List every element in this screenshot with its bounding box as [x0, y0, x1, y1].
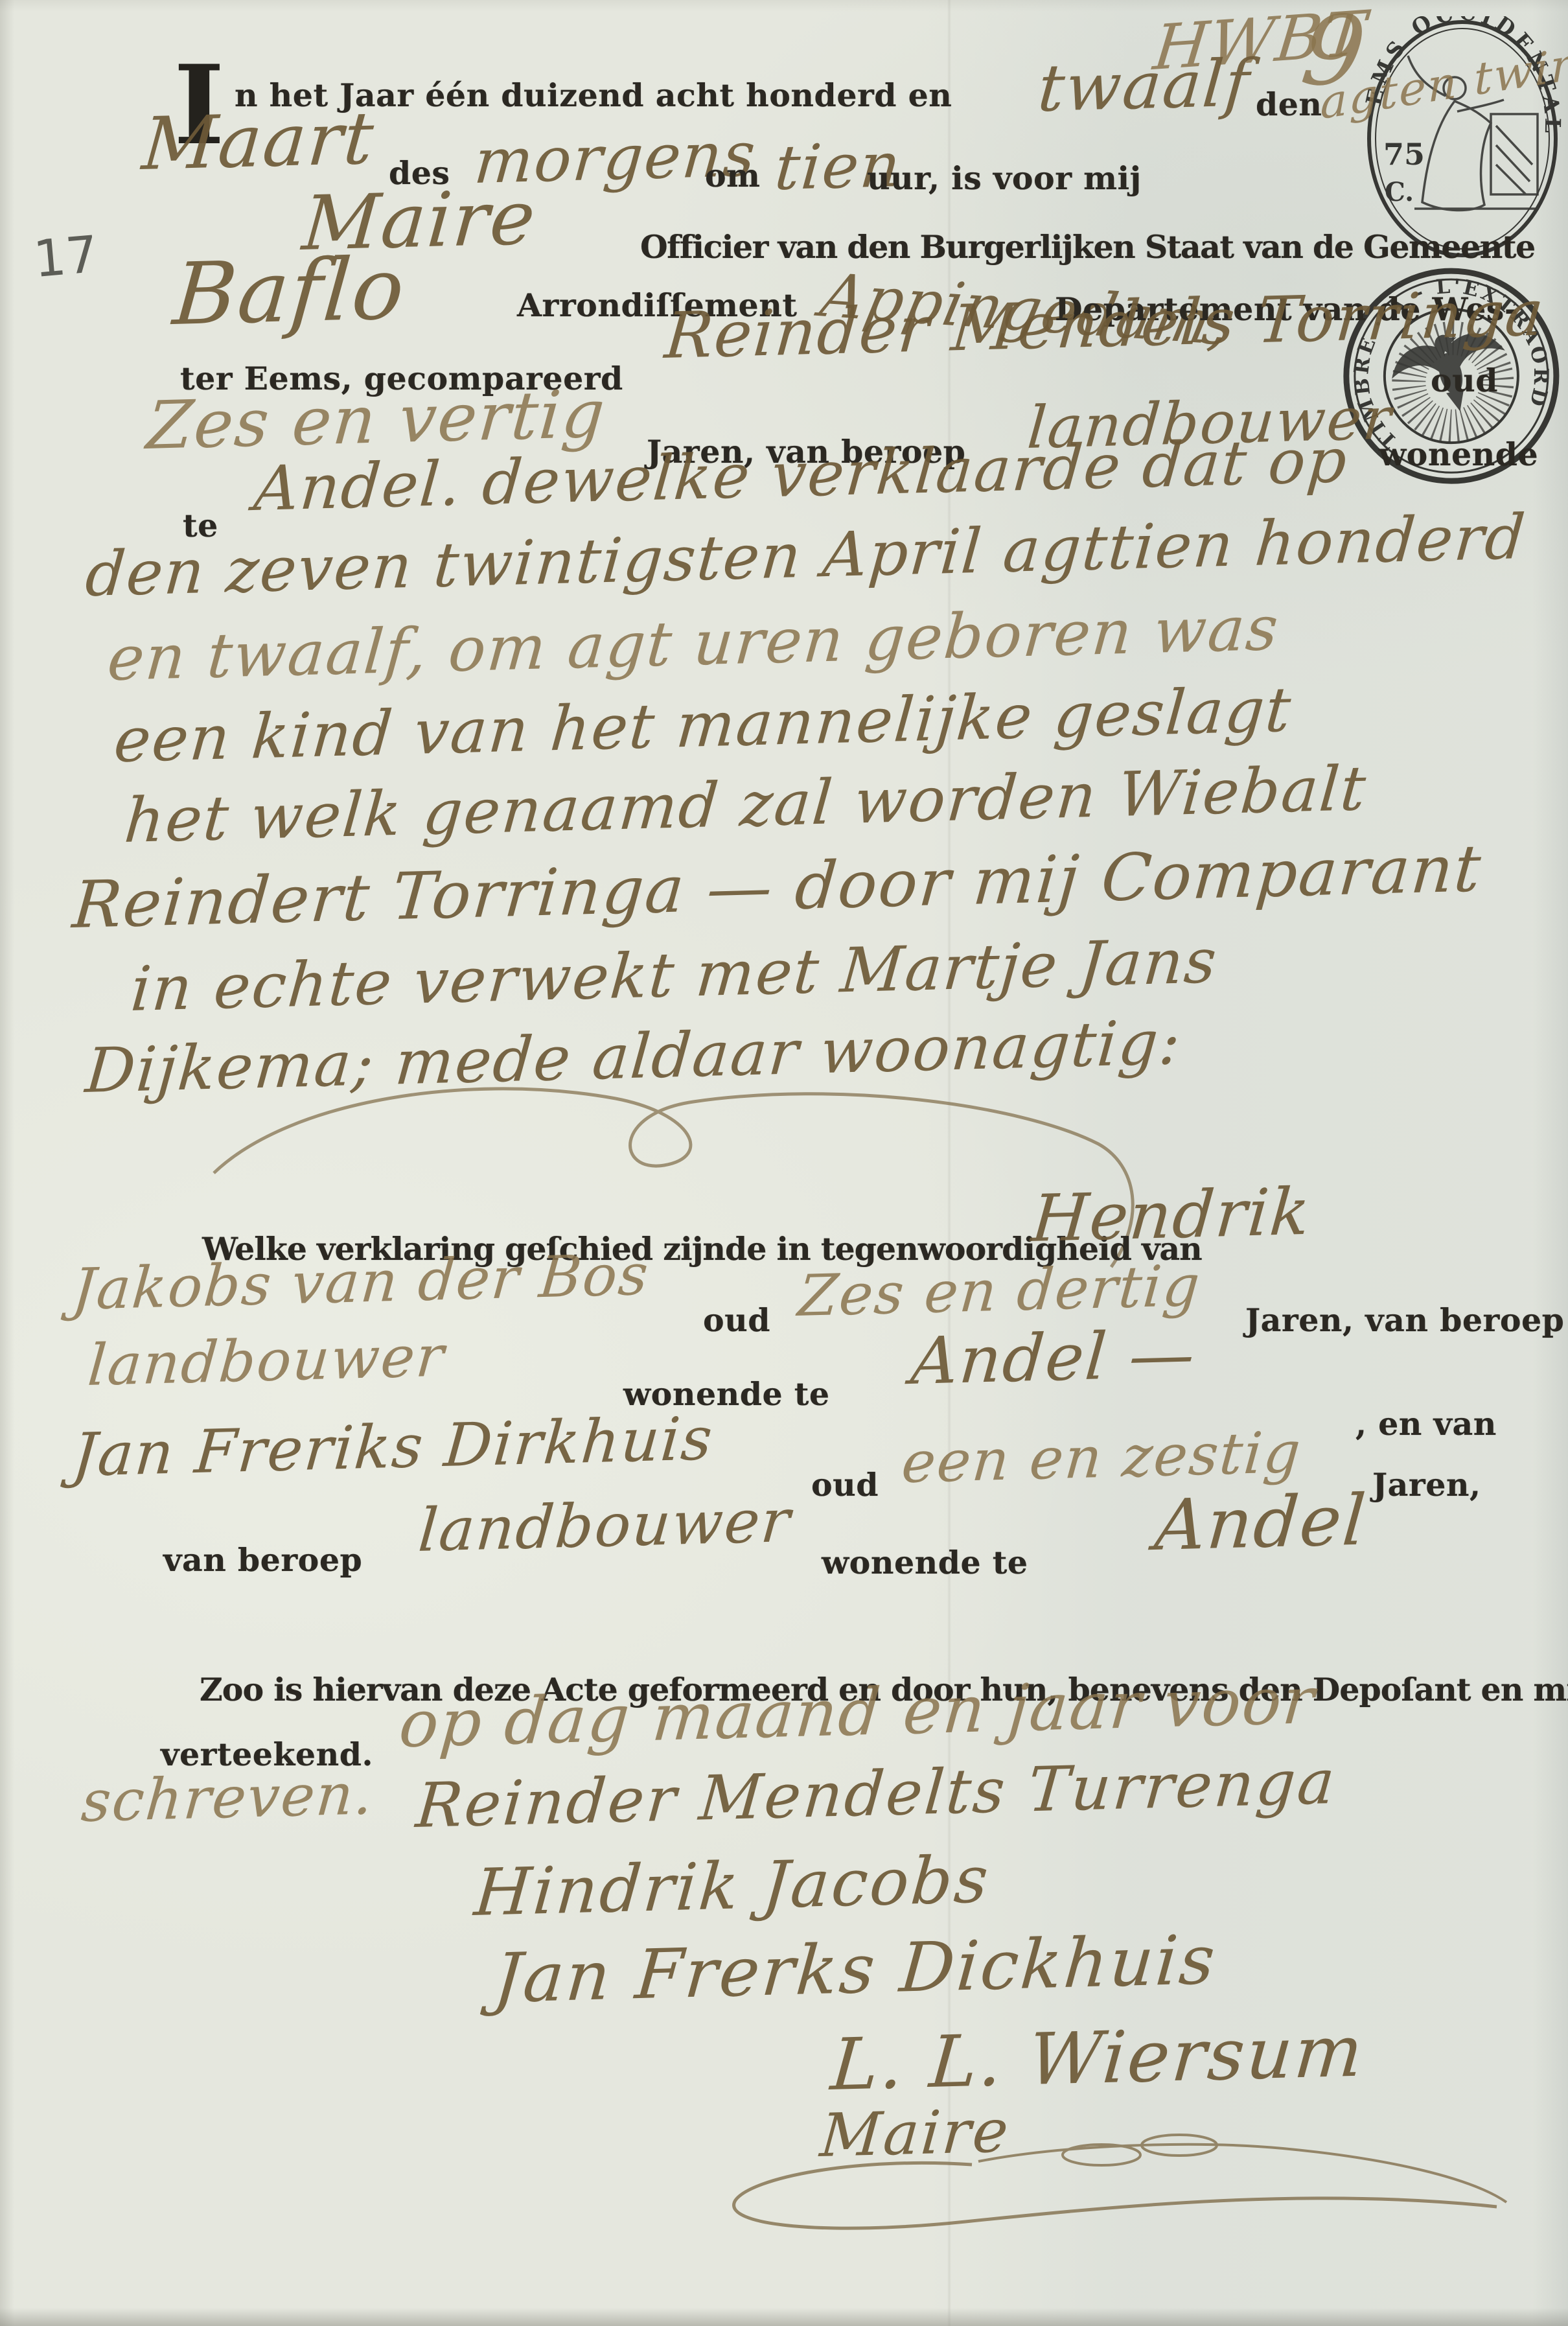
- hand-commune: Baflo: [170, 239, 409, 345]
- printed-wonende2: wonende te: [822, 1544, 1028, 1581]
- hand-witness1-rest: Jakobs van der Bos: [70, 1241, 652, 1323]
- page-number-pencil: 17: [31, 226, 100, 289]
- document-scan: 17 HWBT 9 EMS OCCIDENTAL 75 C.: [0, 0, 1568, 2326]
- hand-closing-line2: schreven.: [79, 1760, 376, 1835]
- hand-witness2-name: Jan Freriks Dirkhuis: [70, 1404, 716, 1490]
- printed-oud1: oud: [703, 1301, 770, 1339]
- printed-beroep2: van beroep: [163, 1541, 362, 1579]
- signature-witness1: Hindrik Jacobs: [472, 1841, 993, 1931]
- hand-witness2-occupation: landbouwer: [416, 1486, 794, 1565]
- hand-witness1-first: Hendrik: [1029, 1174, 1313, 1257]
- hand-year: twaalf: [1035, 45, 1253, 126]
- printed-envan: , en van: [1355, 1405, 1497, 1443]
- printed-line2-c: uur, is voor mij: [867, 159, 1142, 197]
- printed-line5-b: oud: [1431, 362, 1498, 399]
- signature-flourish: [700, 2126, 1542, 2268]
- signature-registrar: L. L. Wiersum: [828, 2010, 1368, 2106]
- printed-oud2: oud: [811, 1466, 879, 1504]
- printed-line2-b: om: [705, 157, 761, 194]
- hand-witness1-occupation: landbouwer: [86, 1323, 448, 1399]
- stamp-oval-value: 75: [1383, 137, 1425, 172]
- printed-line3: Officier van den Burgerlijken Staat van …: [640, 228, 1535, 266]
- stamp-oval-unit: C.: [1385, 177, 1414, 207]
- hand-witness2-place: Andel: [1152, 1480, 1370, 1566]
- printed-beroep1: Jaren, van beroep: [1245, 1301, 1564, 1339]
- hand-witness1-place: Andel —: [908, 1316, 1199, 1399]
- hand-month: Maart: [139, 97, 378, 187]
- signature-declarant: Reinder Mendelts Turrenga: [413, 1747, 1339, 1842]
- printed-jaren2: Jaren,: [1372, 1466, 1481, 1504]
- signature-witness2: Jan Frerks Dickhuis: [491, 1920, 1219, 2018]
- printed-line1-b: den: [1256, 86, 1322, 123]
- printed-line6-b: wonende: [1379, 436, 1538, 473]
